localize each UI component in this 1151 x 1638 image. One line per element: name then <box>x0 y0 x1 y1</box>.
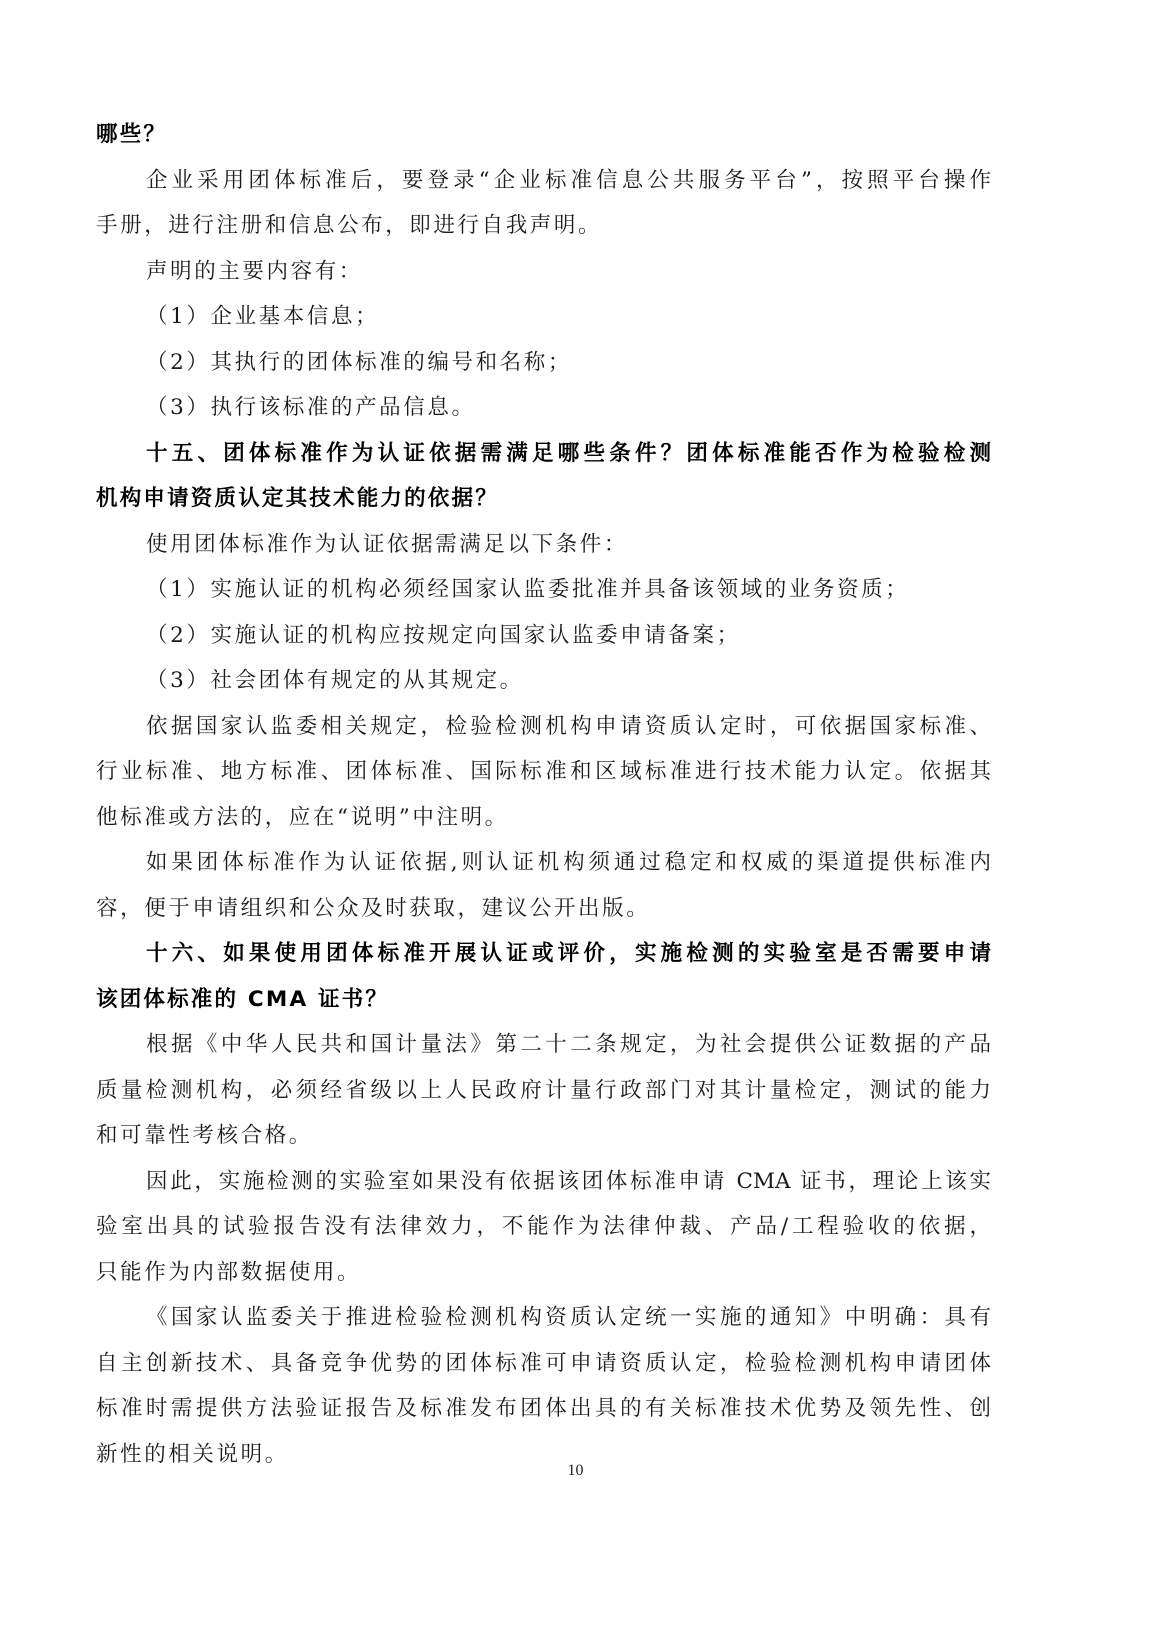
list-item: （3）执行该标准的产品信息。 <box>96 385 991 431</box>
section-heading-15-cont: 机构申请资质认定其技术能力的依据？ <box>96 476 991 522</box>
list-item: （2）实施认证的机构应按规定向国家认监委申请备案； <box>96 613 991 659</box>
paragraph-line: 企业采用团体标准后，要登录“企业标准信息公共服务平台”，按照平台操作 <box>96 158 991 204</box>
paragraph-line: 质量检测机构，必须经省级以上人民政府计量行政部门对其计量检定，测试的能力 <box>96 1068 991 1114</box>
heading-continuation: 哪些？ <box>96 112 991 158</box>
section-heading-15: 十五、团体标准作为认证依据需满足哪些条件？团体标准能否作为检验检测 <box>96 431 991 477</box>
section-heading-16-cont: 该团体标准的 CMA 证书？ <box>96 977 991 1023</box>
paragraph-line: 验室出具的试验报告没有法律效力，不能作为法律仲裁、产品/工程验收的依据， <box>96 1204 991 1250</box>
paragraph-line: 《国家认监委关于推进检验检测机构资质认定统一实施的通知》中明确：具有 <box>96 1295 991 1341</box>
paragraph-line: 和可靠性考核合格。 <box>96 1113 991 1159</box>
paragraph-line: 声明的主要内容有： <box>96 249 991 295</box>
paragraph-line: 如果团体标准作为认证依据,则认证机构须通过稳定和权威的渠道提供标准内 <box>96 840 991 886</box>
paragraph-line: 标准时需提供方法验证报告及标准发布团体出具的有关标准技术优势及领先性、创 <box>96 1386 991 1432</box>
list-item: （2）其执行的团体标准的编号和名称； <box>96 340 991 386</box>
document-page: 哪些？ 企业采用团体标准后，要登录“企业标准信息公共服务平台”，按照平台操作 手… <box>96 112 991 1477</box>
paragraph-line: 依据国家认监委相关规定，检验检测机构申请资质认定时，可依据国家标准、 <box>96 704 991 750</box>
paragraph-line: 只能作为内部数据使用。 <box>96 1250 991 1296</box>
paragraph-line: 容，便于申请组织和公众及时获取，建议公开出版。 <box>96 886 991 932</box>
paragraph-line: 他标准或方法的，应在“说明”中注明。 <box>96 795 991 841</box>
list-item: （1）实施认证的机构必须经国家认监委批准并具备该领域的业务资质； <box>96 567 991 613</box>
page-number: 10 <box>0 1462 1151 1480</box>
section-heading-16: 十六、如果使用团体标准开展认证或评价，实施检测的实验室是否需要申请 <box>96 931 991 977</box>
paragraph-line: 因此，实施检测的实验室如果没有依据该团体标准申请 CMA 证书，理论上该实 <box>96 1159 991 1205</box>
paragraph-line: 自主创新技术、具备竞争优势的团体标准可申请资质认定，检验检测机构申请团体 <box>96 1341 991 1387</box>
paragraph-line: 手册，进行注册和信息公布，即进行自我声明。 <box>96 203 991 249</box>
paragraph-line: 根据《中华人民共和国计量法》第二十二条规定，为社会提供公证数据的产品 <box>96 1022 991 1068</box>
paragraph-line: 行业标准、地方标准、团体标准、国际标准和区域标准进行技术能力认定。依据其 <box>96 749 991 795</box>
paragraph-line: 使用团体标准作为认证依据需满足以下条件： <box>96 522 991 568</box>
list-item: （3）社会团体有规定的从其规定。 <box>96 658 991 704</box>
list-item: （1）企业基本信息； <box>96 294 991 340</box>
